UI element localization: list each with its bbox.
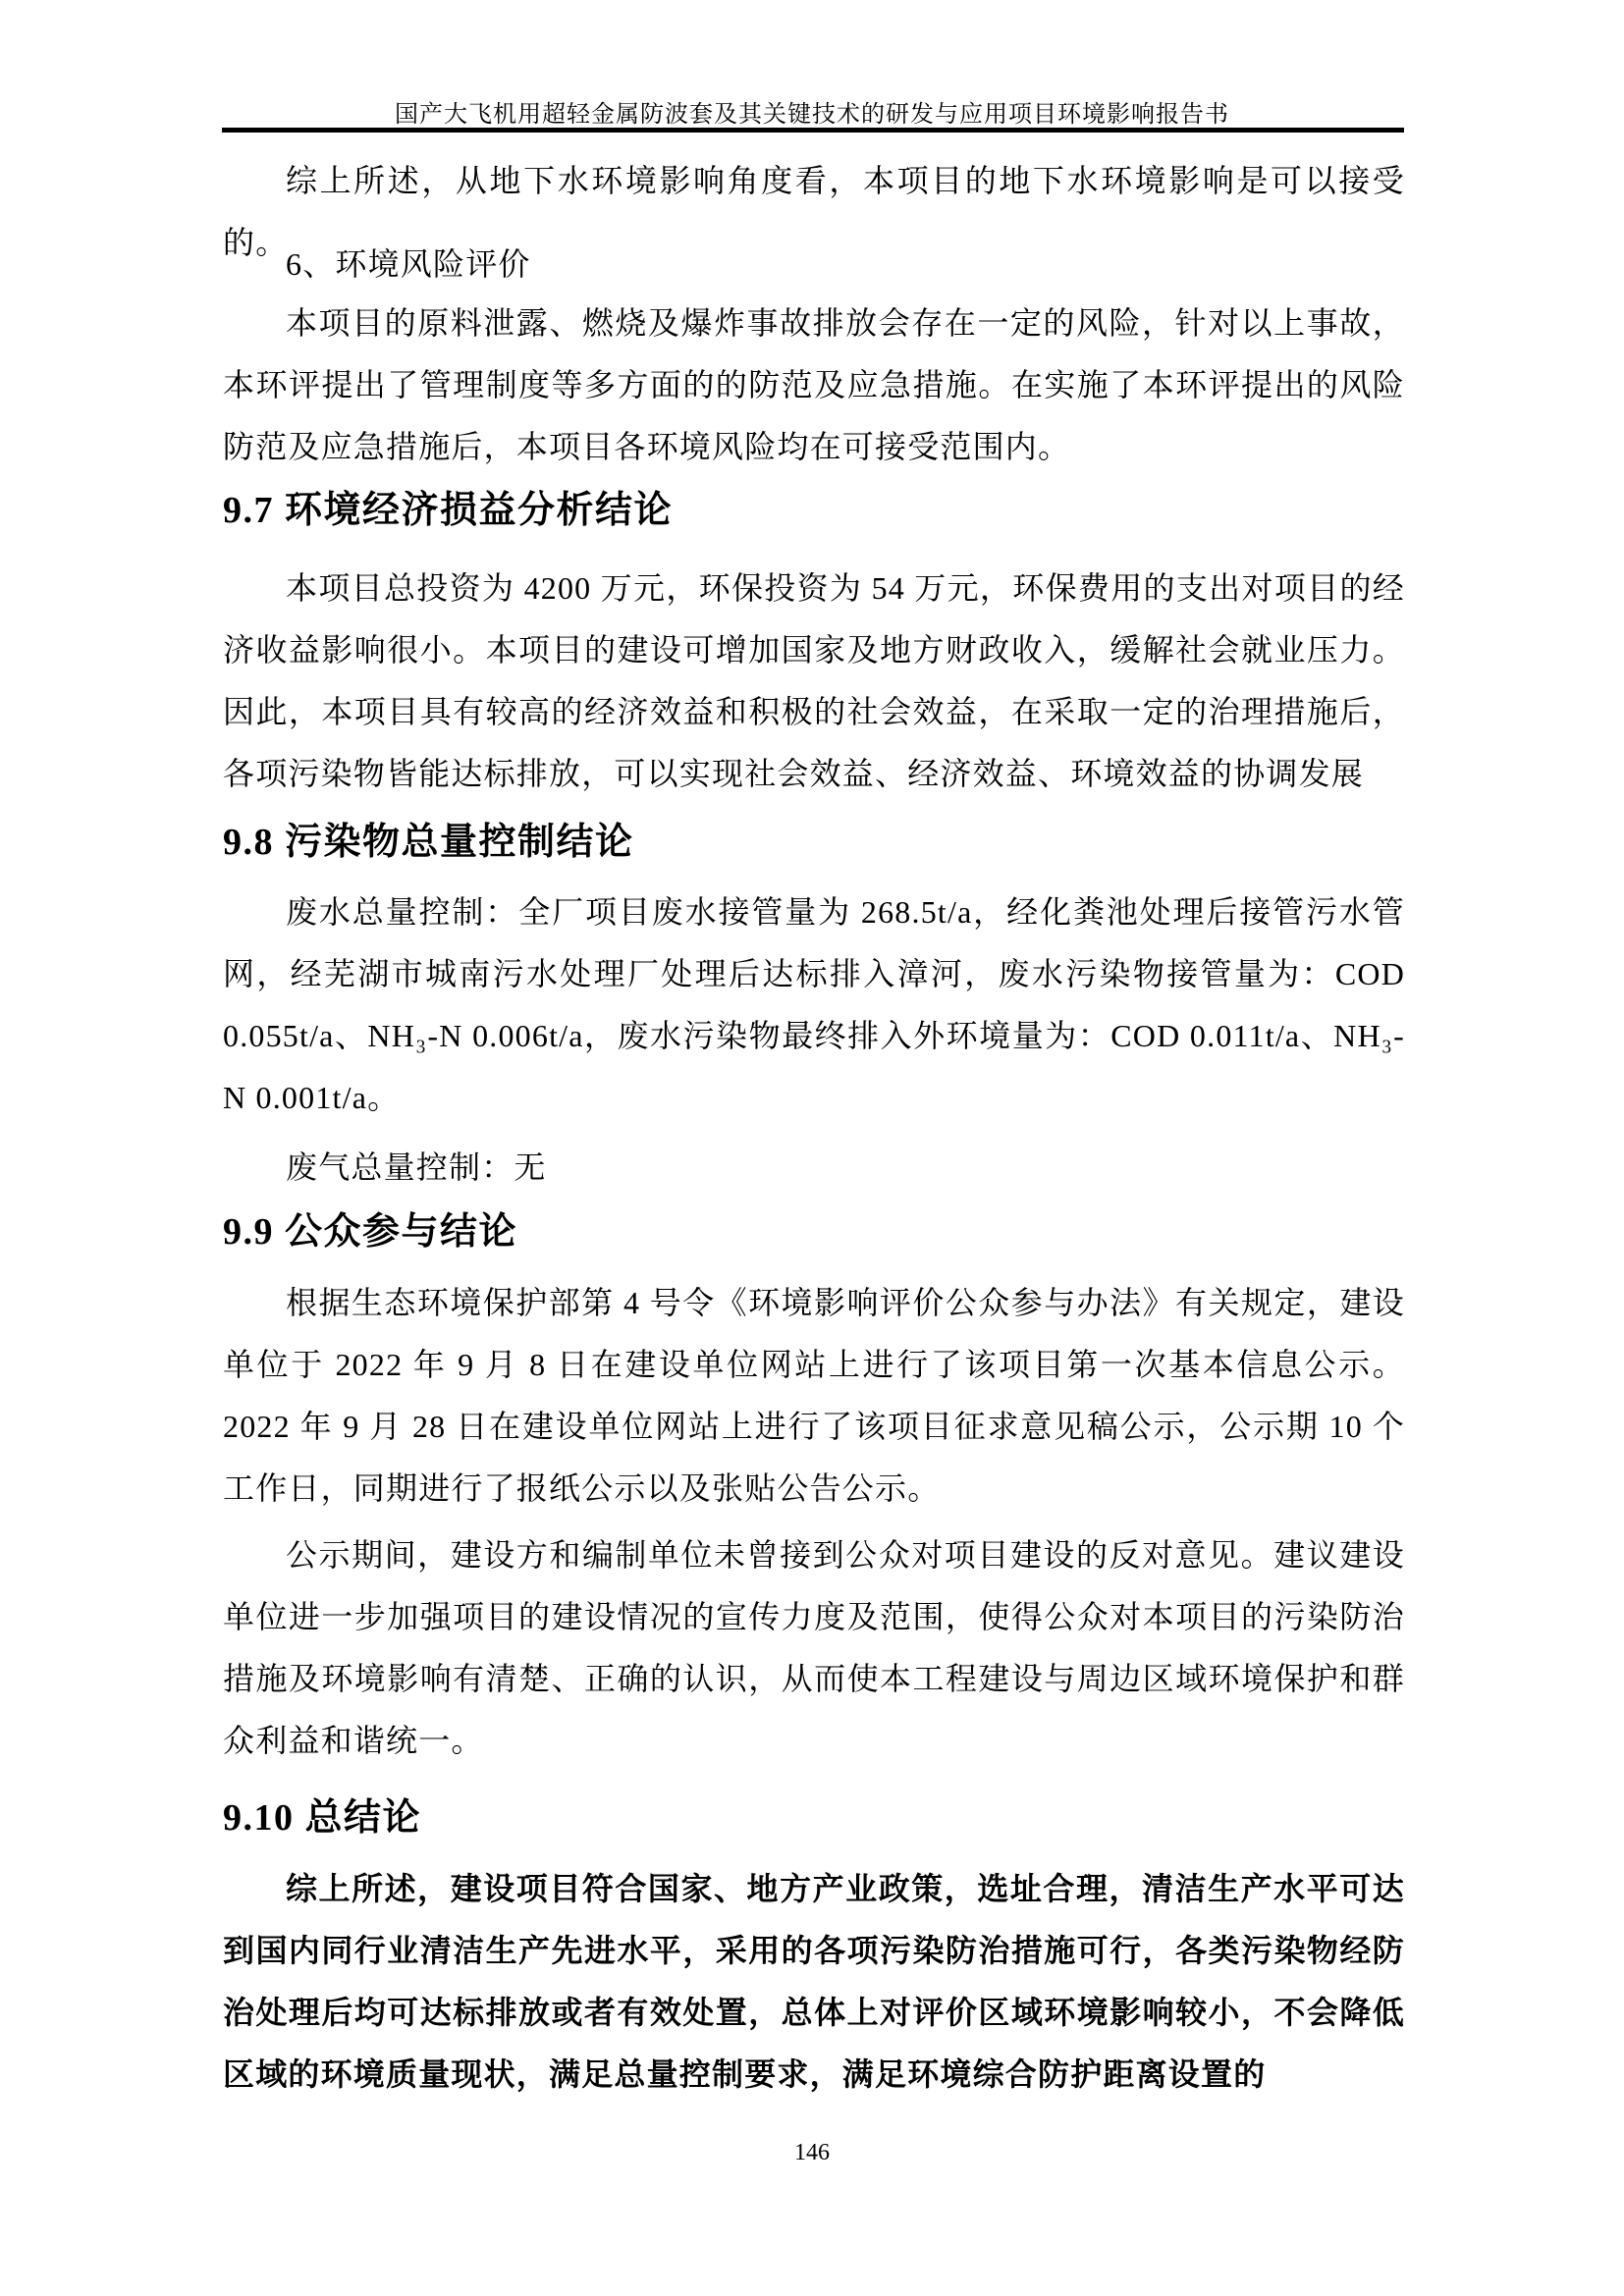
document-page: 国产大飞机用超轻金属防波套及其关键技术的研发与应用项目环境影响报告书 综上所述，… [0,0,1624,2296]
paragraph-risk-assessment: 本项目的原料泄露、燃烧及爆炸事故排放会存在一定的风险，针对以上事故，本环评提出了… [223,293,1405,478]
header-title: 国产大飞机用超轻金属防波套及其关键技术的研发与应用项目环境影响报告书 [0,94,1624,129]
paragraph-waste-gas-total-control: 废气总量控制：无 [223,1137,1405,1199]
paragraph-overall-conclusion: 综上所述，建设项目符合国家、地方产业政策，选址合理，清洁生产水平可达到国内同行业… [223,1858,1405,2106]
section-heading-9-8: 9.8 污染物总量控制结论 [223,818,1405,867]
paragraph-economic-analysis: 本项目总投资为 4200 万元，环保投资为 54 万元，环保费用的支出对项目的经… [223,558,1405,805]
paragraph-public-participation-notice: 根据生态环境保护部第 4 号令《环境影响评价公众参与办法》有关规定，建设单位于 … [223,1272,1405,1520]
paragraph-public-participation-opinion: 公示期间，建设方和编制单位未曾接到公众对项目建设的反对意见。建议建设单位进一步加… [223,1524,1405,1772]
section-heading-9-9: 9.9 公众参与结论 [223,1207,1405,1256]
page-number: 146 [0,2140,1624,2166]
subheading-risk-assessment: 6、环境风险评价 [223,234,1405,295]
section-heading-9-10: 9.10 总结论 [223,1793,1405,1842]
paragraph-wastewater-total-control: 废水总量控制：全厂项目废水接管量为 268.5t/a，经化粪池处理后接管污水管网… [223,881,1405,1129]
section-heading-9-7: 9.7 环境经济损益分析结论 [223,486,1405,535]
header-rule-divider [222,128,1404,133]
